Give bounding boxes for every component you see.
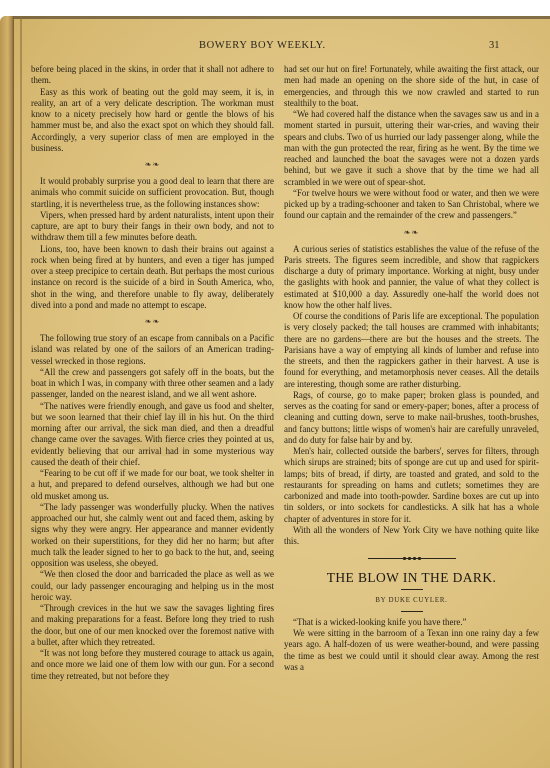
paragraph: “The natives were friendly enough, and g…: [31, 401, 274, 469]
story-byline: BY DUKE CUYLER.: [284, 595, 539, 606]
right-column: had set our hut on fire! Fortunately, wh…: [284, 64, 539, 673]
paragraph: A curious series of statistics establish…: [284, 244, 539, 312]
byline-rule: [401, 611, 423, 612]
paragraph: before being placed in the skins, in ord…: [31, 64, 274, 87]
paragraph: With all the wonders of New York City we…: [284, 525, 539, 548]
page-number: 31: [489, 40, 500, 51]
paragraph: “We had covered half the distance when t…: [284, 109, 539, 188]
paragraph: Men's hair, collected outside the barber…: [284, 446, 539, 525]
paragraph: Easy as this work of beating out the gol…: [31, 87, 274, 155]
paragraph: Of course the conditions of Paris life a…: [284, 311, 539, 390]
paragraph: Vipers, when pressed hard by ardent natu…: [31, 210, 274, 244]
paragraph: “We then closed the door and barricaded …: [31, 569, 274, 603]
paragraph: “That is a wicked-looking knife you have…: [284, 617, 539, 628]
paragraph: We were sitting in the barroom of a Texa…: [284, 628, 539, 673]
magazine-page: BOWERY BOY WEEKLY. 31 before being place…: [0, 16, 550, 768]
story-title: THE BLOW IN THE DARK.: [284, 572, 539, 583]
paragraph: “Fearing to be cut off if we made for ou…: [31, 468, 274, 502]
publication-title: BOWERY BOY WEEKLY.: [199, 40, 333, 51]
section-break-ornament-icon: ❧❧: [31, 311, 274, 333]
section-break-ornament-icon: ❧❧: [284, 222, 539, 244]
paragraph: had set our hut on fire! Fortunately, wh…: [284, 64, 539, 109]
running-head: BOWERY BOY WEEKLY. 31: [0, 40, 550, 56]
page-binding: [0, 16, 14, 768]
left-column: before being placed in the skins, in ord…: [31, 64, 274, 682]
paragraph: Rags, of course, go to make paper; broke…: [284, 390, 539, 446]
paragraph: “Through crevices in the hut we saw the …: [31, 603, 274, 648]
paragraph: Lions, too, have been known to dash thei…: [31, 244, 274, 312]
paragraph: The following true story of an escape fr…: [31, 333, 274, 367]
paragraph: “The lady passenger was wonderfully pluc…: [31, 502, 274, 570]
paragraph: It would probably surprise you a good de…: [31, 176, 274, 210]
section-break-ornament-icon: ❧❧: [31, 154, 274, 176]
paragraph: “It was not long before they mustered co…: [31, 648, 274, 682]
decorative-rule: [368, 555, 456, 562]
title-rule: [401, 589, 423, 590]
binding-fold-line: [20, 16, 22, 768]
paragraph: “For twelve hours we were without food o…: [284, 188, 539, 222]
paragraph: “All the crew and passengers got safely …: [31, 367, 274, 401]
